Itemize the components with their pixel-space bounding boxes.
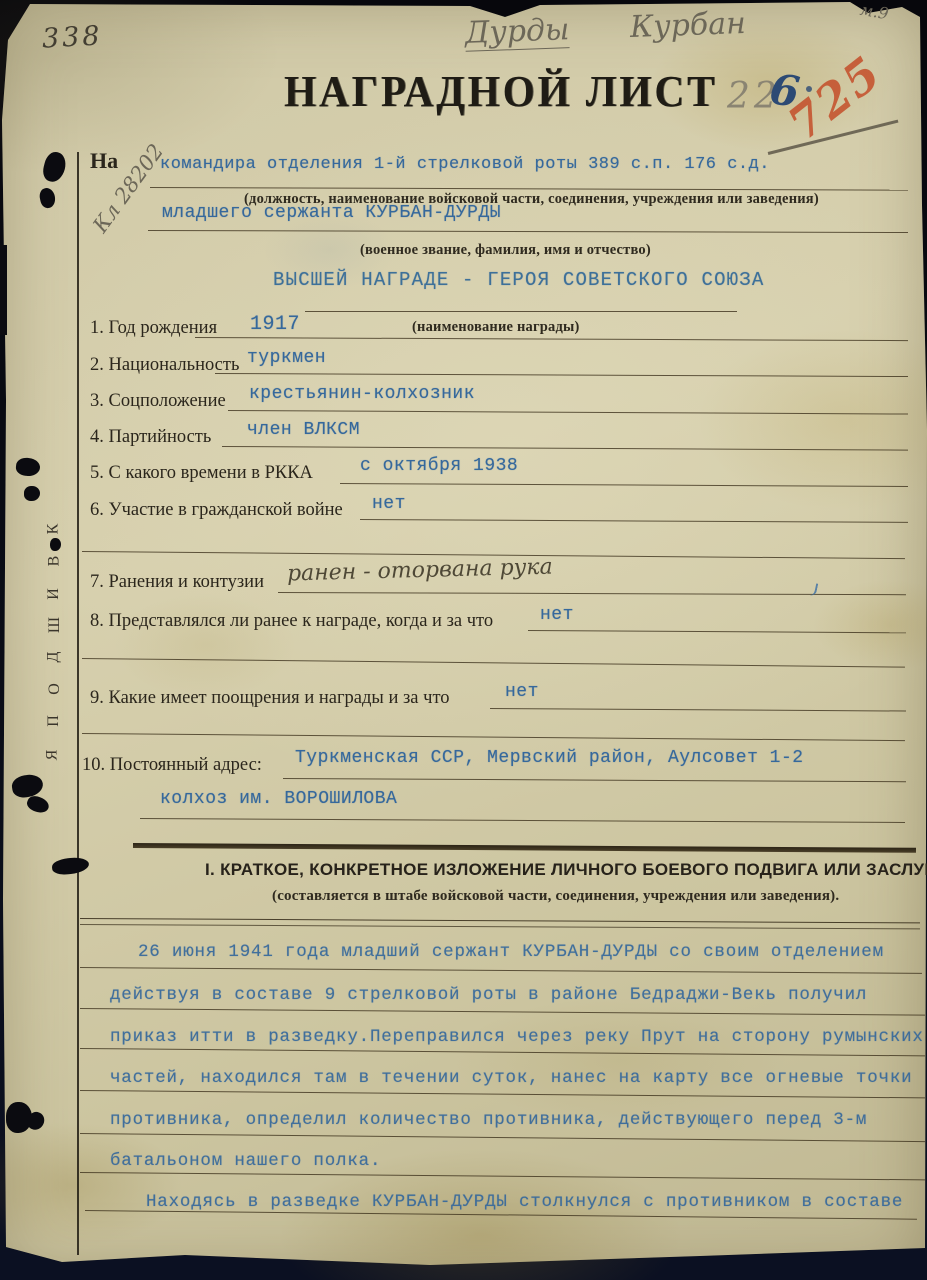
margin-letter: Ш xyxy=(46,617,64,633)
name-value: младшего сержанта КУРБАН-ДУРДЫ xyxy=(162,203,501,223)
pencil-name-first: Дурды xyxy=(464,12,570,52)
field-label-6: 6. Участие в гражданской войне xyxy=(90,500,343,521)
margin-letter: И xyxy=(45,588,63,600)
margin-letter: Я xyxy=(43,750,61,761)
filing-margin-line xyxy=(77,152,79,1255)
field-value-4: член ВЛКСМ xyxy=(247,420,360,440)
na-label: На xyxy=(90,148,118,174)
body-line-6: батальоном нашего полка. xyxy=(110,1151,381,1171)
margin-letter: О xyxy=(46,683,64,695)
body-line-3: приказ итти в разведку.Переправился чере… xyxy=(110,1027,924,1047)
field-label-3: 3. Соцположение xyxy=(90,391,226,412)
edge-shadow xyxy=(0,245,7,335)
scanned-award-document: { "annotations": { "archive_number": "33… xyxy=(0,0,927,1280)
body-line-4: частей, находился там в течении суток, н… xyxy=(110,1068,912,1088)
field-value-3: крестьянин-колхозник xyxy=(249,384,475,404)
body-line-1: 26 июня 1941 года младший сержант КУРБАН… xyxy=(138,942,884,962)
field-value-1: 1917 xyxy=(250,313,300,336)
margin-letter: В xyxy=(45,556,63,567)
field-value-5: с октября 1938 xyxy=(360,456,518,476)
pencil-name-last: Курбан xyxy=(629,6,746,45)
name-caption: (военное звание, фамилия, имя и отчество… xyxy=(360,242,651,259)
margin-letter: Д xyxy=(44,652,62,663)
award-value: ВЫСШЕЙ НАГРАДЕ - ГЕРОЯ СОВЕТСКОГО СОЮЗА xyxy=(273,269,764,291)
field-value-8: нет xyxy=(540,605,574,625)
margin-letter: П xyxy=(45,715,63,727)
field-value-9: нет xyxy=(505,682,539,702)
award-underline xyxy=(305,311,737,312)
section-heading: I. КРАТКОЕ, КОНКРЕТНОЕ ИЗЛОЖЕНИЕ ЛИЧНОГО… xyxy=(205,860,927,880)
field-value-6: нет xyxy=(372,494,406,514)
field-label-7: 7. Ранения и контузии xyxy=(90,572,264,593)
body-line-7: Находясь в разведке КУРБАН-ДУРДЫ столкну… xyxy=(146,1192,903,1212)
field-label-5: 5. С какого времени в РККА xyxy=(90,463,313,484)
field-label-9: 9. Какие имеет поощрения и награды и за … xyxy=(90,688,450,709)
archive-number: 338 xyxy=(41,20,103,54)
form-title: НАГРАДНОЙ ЛИСТ xyxy=(284,66,717,117)
award-caption: (наименование награды) xyxy=(412,319,580,336)
section-caption: (составляется в штабе войсковой части, с… xyxy=(272,888,839,905)
field-label-10: 10. Постоянный адрес: xyxy=(82,755,262,776)
field-label-4: 4. Партийность xyxy=(90,427,211,448)
body-line-2: действуя в составе 9 стрелковой роты в р… xyxy=(110,985,867,1005)
field-value-2: туркмен xyxy=(247,348,326,368)
field-label-1: 1. Год рождения xyxy=(90,318,217,339)
field-label-8: 8. Представлялся ли ранее к награде, ког… xyxy=(90,611,493,632)
margin-letter: К xyxy=(44,524,62,535)
body-line-5: противника, определил количество противн… xyxy=(110,1110,867,1130)
field-value-10: Туркменская ССР, Мервский район, Аулсове… xyxy=(295,748,804,768)
position-value: командира отделения 1-й стрелковой роты … xyxy=(160,155,770,174)
field-value-10-line2: колхоз им. ВОРОШИЛОВА xyxy=(160,789,397,809)
